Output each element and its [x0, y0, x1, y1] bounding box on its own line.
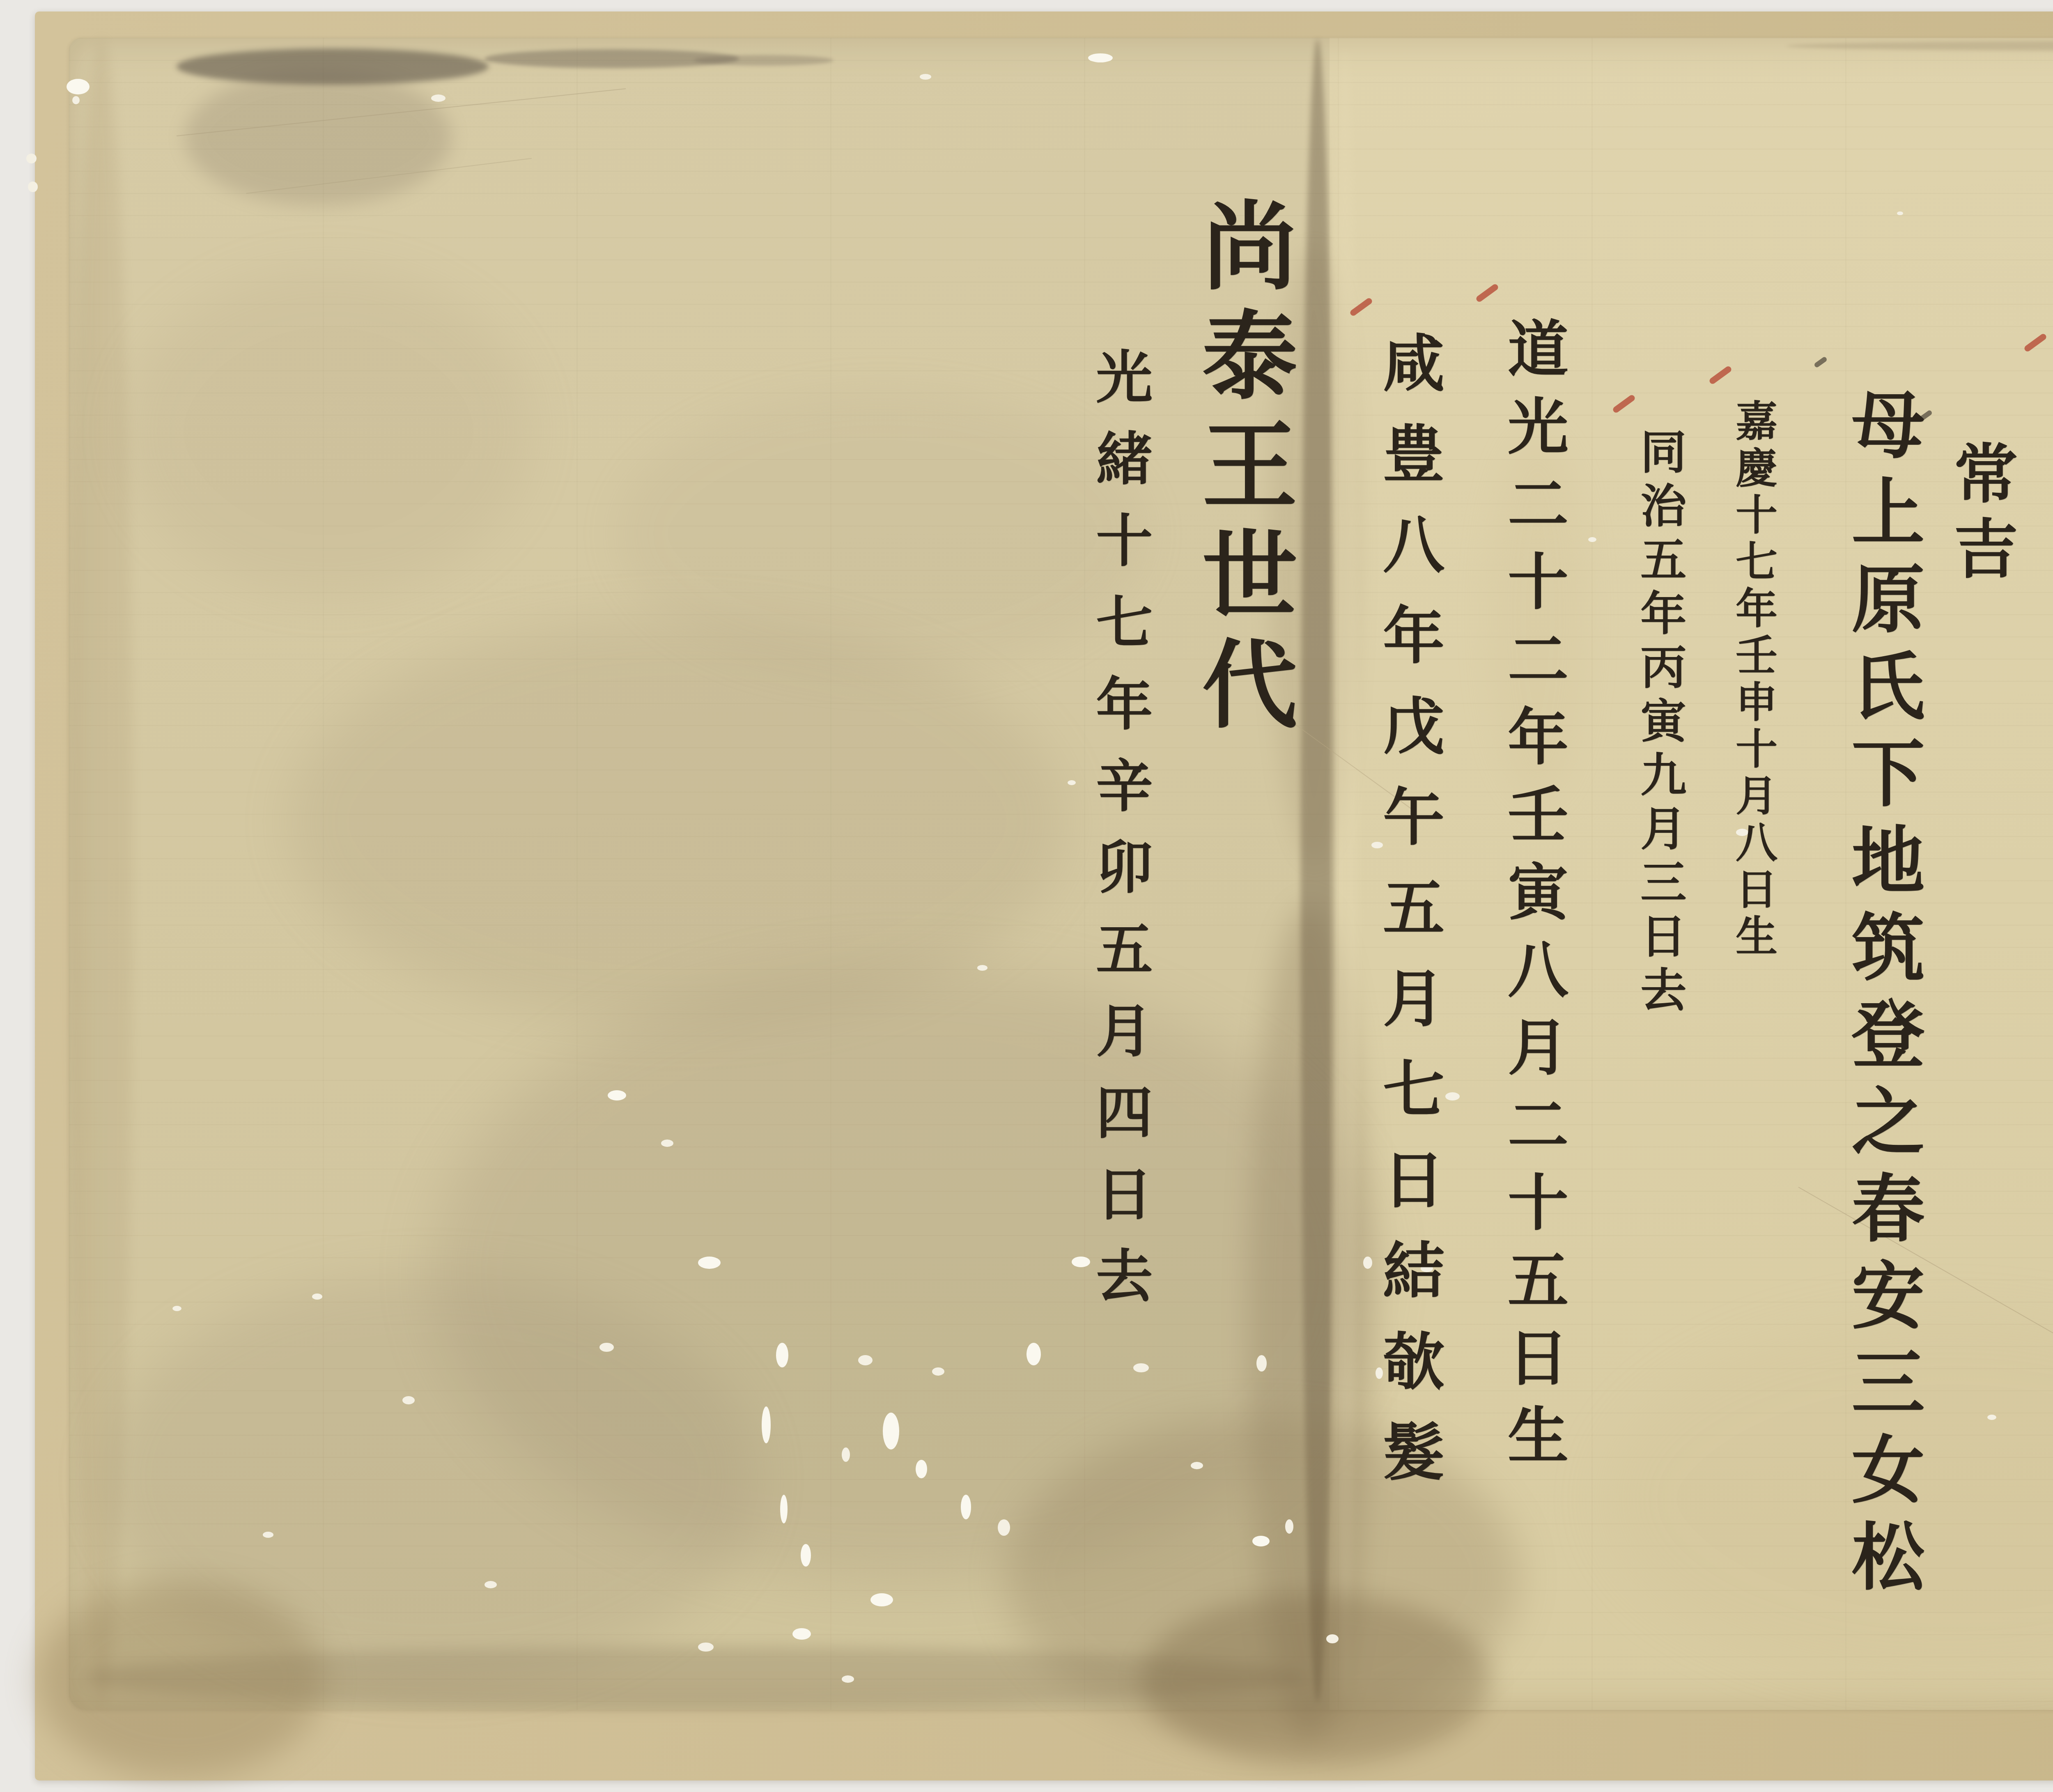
column-text: 咸豊八年戊午五月七日結欹髮 — [1372, 331, 1444, 1511]
column-death-date: 同治五年丙寅九月三日去 — [1627, 428, 1693, 1020]
column-text: 母上原氏下地筑登之春安三女松 — [1839, 387, 1925, 1606]
column-text: 同治五年丙寅九月三日去 — [1633, 428, 1687, 1020]
column-text: 常吉 — [1943, 440, 2018, 590]
scan-background: { "document": { "palette": { "mat": "#ea… — [0, 0, 2053, 1792]
column-second-birth-date: 道光二十二年壬寅八月二十五日生 — [1490, 317, 1577, 1481]
column-birth-date: 嘉慶十七年壬申十月八日生 — [1723, 399, 1783, 961]
column-text: 嘉慶十七年壬申十月八日生 — [1729, 399, 1778, 961]
column-father-line: 父多良間船筑常基十代下地仁也 — [2038, 367, 2053, 1608]
column-mother-line: 母上原氏下地筑登之春安三女松 — [1829, 387, 1934, 1606]
column-second-death-date: 光緒十七年辛卯五月四日去 — [1079, 347, 1160, 1328]
column-hair-binding-date: 咸豊八年戊午五月七日結欹髮 — [1364, 331, 1453, 1511]
column-text: 父多良間船筑常基十代下地仁也 — [2048, 367, 2053, 1608]
column-king-era-heading: 尚泰王世代 — [1174, 196, 1311, 744]
column-name-tsunekichi: 常吉 — [1934, 440, 2027, 590]
column-text: 道光二十二年壬寅八月二十五日生 — [1498, 317, 1569, 1481]
column-text: 尚泰王世代 — [1186, 196, 1298, 744]
column-text: 光緒十七年辛卯五月四日去 — [1086, 347, 1153, 1328]
